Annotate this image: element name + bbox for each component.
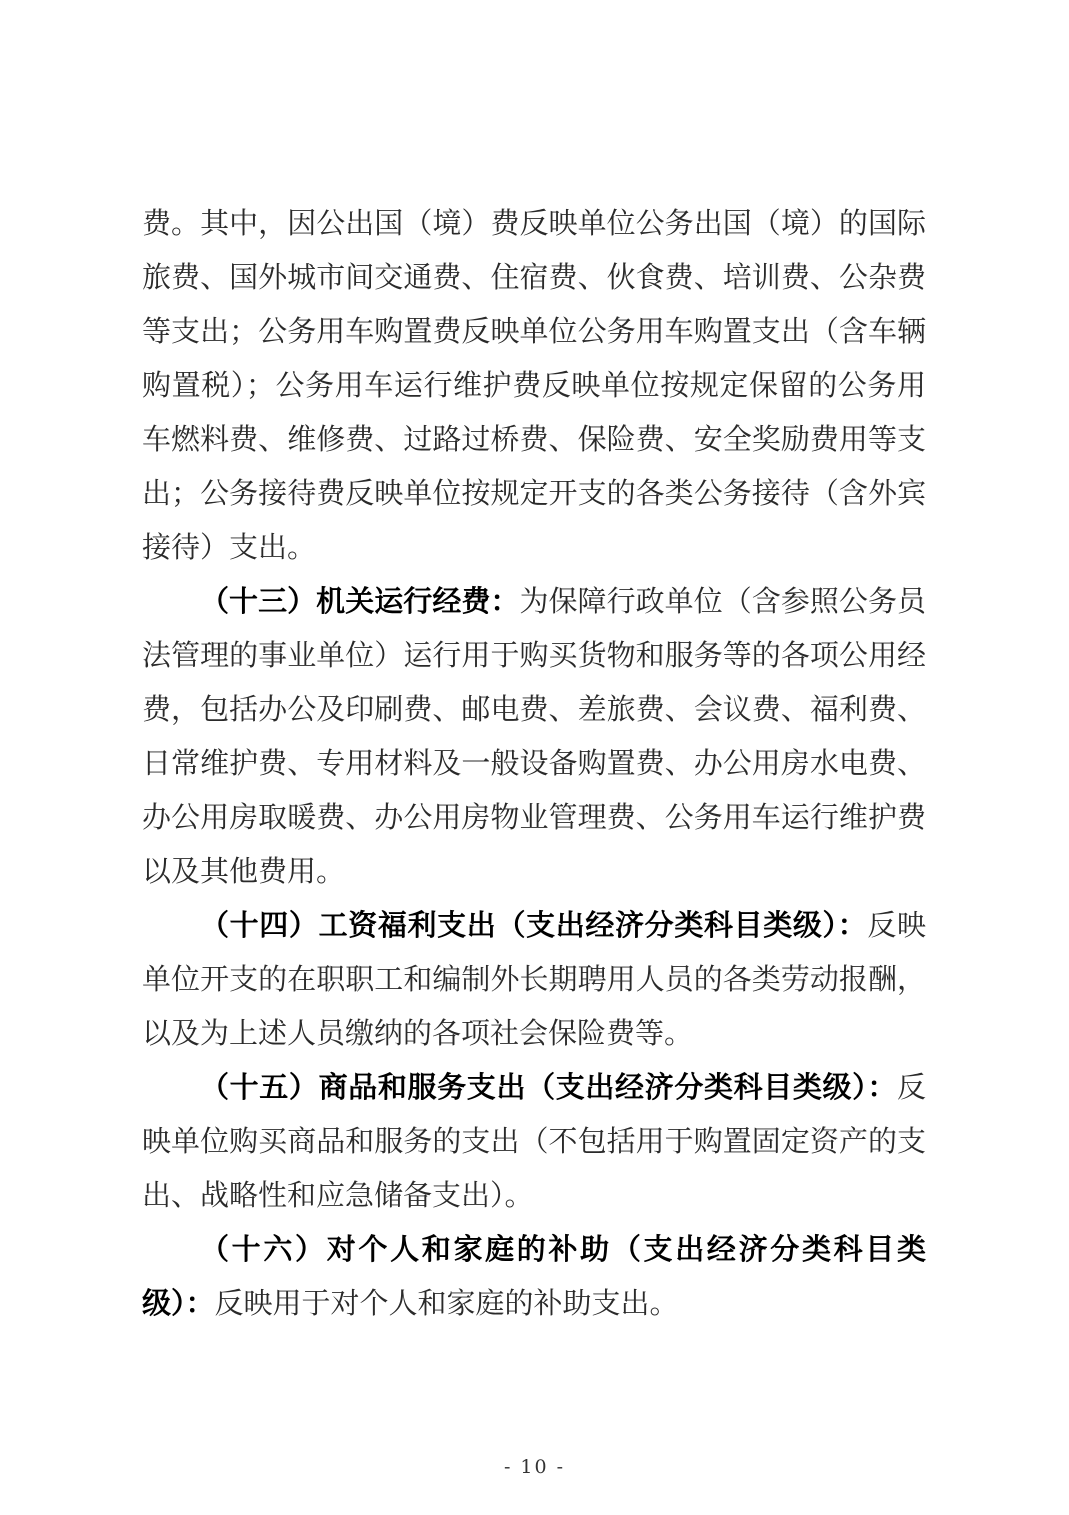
item-13-body: 为保障行政单位（含参照公务员法管理的事业单位）运行用于购买货物和服务等的各项公用…	[142, 584, 926, 888]
document-page: 费。其中，因公出国（境）费反映单位公务出国（境）的国际旅费、国外城市间交通费、住…	[0, 0, 1069, 1515]
item-13-heading: （十三）机关运行经费：	[200, 584, 519, 618]
paragraph-continuation: 费。其中，因公出国（境）费反映单位公务出国（境）的国际旅费、国外城市间交通费、住…	[142, 196, 926, 574]
item-14-heading: （十四）工资福利支出（支出经济分类科目类级）：	[200, 908, 867, 942]
item-15-heading: （十五）商品和服务支出（支出经济分类科目类级）：	[200, 1070, 897, 1104]
document-body: 费。其中，因公出国（境）费反映单位公务出国（境）的国际旅费、国外城市间交通费、住…	[142, 196, 926, 1330]
item-16-body: 反映用于对个人和家庭的补助支出。	[215, 1286, 679, 1320]
paragraph-item-15: （十五）商品和服务支出（支出经济分类科目类级）：反映单位购买商品和服务的支出（不…	[142, 1060, 926, 1222]
paragraph-item-13: （十三）机关运行经费：为保障行政单位（含参照公务员法管理的事业单位）运行用于购买…	[142, 574, 926, 898]
paragraph-item-14: （十四）工资福利支出（支出经济分类科目类级）：反映单位开支的在职职工和编制外长期…	[142, 898, 926, 1060]
paragraph-item-16: （十六）对个人和家庭的补助（支出经济分类科目类级）：反映用于对个人和家庭的补助支…	[142, 1222, 926, 1330]
page-number: - 10 -	[504, 1456, 565, 1478]
page-footer: - 10 -	[0, 1456, 1069, 1478]
